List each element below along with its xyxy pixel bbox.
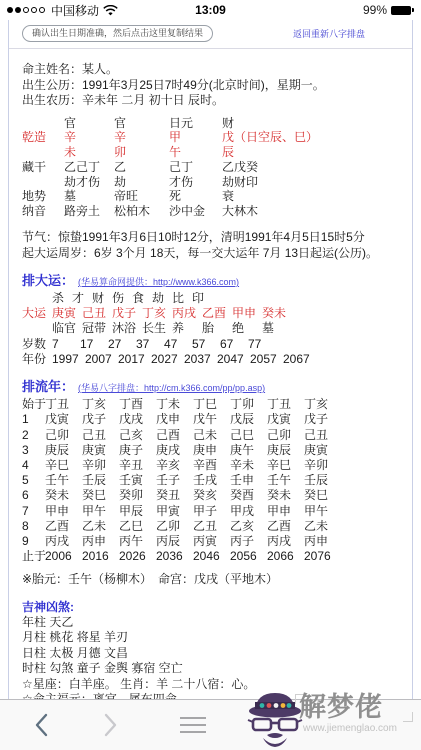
table-cell: 己未 — [193, 428, 230, 443]
table-cell: 丙戌 — [267, 534, 304, 549]
row-label: 年份 — [22, 352, 52, 367]
row-label: 7 — [22, 504, 45, 519]
table-cell: 己丑 — [82, 306, 112, 321]
table-row: 年份19972007201720272037204720572067 — [22, 352, 412, 367]
table-cell: 壬戌 — [193, 473, 230, 488]
row-label — [22, 175, 64, 190]
misc-lines: ☆星座：白羊座。 生肖：羊 二十八宿：心。☆命主福元：离宫，属东四命。 — [22, 677, 412, 700]
table-cell: 2007 — [85, 352, 118, 367]
table-cell: 墓 — [262, 321, 292, 336]
table-cell: 丁亥 — [304, 397, 341, 412]
table-cell: 47 — [164, 337, 192, 352]
row-label — [22, 291, 52, 306]
table-cell: 2037 — [184, 352, 217, 367]
table-cell: 37 — [136, 337, 164, 352]
back-button[interactable] — [34, 713, 48, 737]
taiyuan-line: ※胎元：壬午（杨柳木） 命宫：戊戌（平地木） — [22, 572, 412, 588]
text-line: 时柱 勾煞 童子 金舆 寡宿 空亡 — [22, 661, 412, 677]
table-cell: 印 — [192, 291, 212, 306]
table-cell: 27 — [108, 337, 136, 352]
table-cell: 乙 — [114, 160, 169, 175]
shensha-title: 吉神凶煞: — [22, 599, 412, 615]
row-label: 大运 — [22, 306, 52, 321]
table-cell: 辛 — [64, 130, 114, 145]
table-cell: 丁丑 — [267, 397, 304, 412]
table-cell: 2076 — [304, 549, 341, 564]
table-cell: 甲子 — [193, 504, 230, 519]
dayun-title: 排大运： — [22, 270, 74, 289]
row-label: 9 — [22, 534, 45, 549]
table-cell: 日元 — [169, 116, 222, 131]
table-cell: 伤 — [112, 291, 132, 306]
table-cell: 戊申 — [156, 412, 193, 427]
table-cell: 丁亥 — [142, 306, 172, 321]
row-label — [22, 145, 64, 160]
row-label: 2 — [22, 428, 45, 443]
table-cell: 辛卯 — [304, 458, 341, 473]
table-row: 始于丁丑丁亥丁酉丁未丁巳丁卯丁丑丁亥 — [22, 397, 412, 412]
table-cell: 路旁土 — [64, 204, 114, 219]
table-cell: 乙未 — [304, 519, 341, 534]
table-cell: 辛丑 — [119, 458, 156, 473]
table-cell: 2066 — [267, 549, 304, 564]
table-cell: 墓 — [64, 189, 114, 204]
table-row: 劫才伤劫才伤劫财印 — [22, 175, 412, 190]
table-cell: 戊子 — [304, 412, 341, 427]
table-cell: 庚寅 — [304, 443, 341, 458]
shensha-lines: 年柱 天乙月柱 桃花 将星 羊刃日柱 太极 月德 文昌时柱 勾煞 童子 金舆 寡… — [22, 615, 412, 677]
table-row: 1戊寅戊子戊戌戊申戊午戊辰戊寅戊子 — [22, 412, 412, 427]
table-cell: 壬寅 — [119, 473, 156, 488]
table-cell: 才伤 — [169, 175, 222, 190]
table-cell: 甲申 — [267, 504, 304, 519]
table-cell: 长生 — [142, 321, 172, 336]
table-cell: 丙子 — [230, 534, 267, 549]
table-cell: 癸丑 — [156, 488, 193, 503]
table-cell: 辛亥 — [156, 458, 193, 473]
table-cell: 己丁 — [169, 160, 222, 175]
table-row: 未卯午辰 — [22, 145, 412, 160]
table-cell: 77 — [248, 337, 276, 352]
table-cell: 戊午 — [193, 412, 230, 427]
table-cell: 丙申 — [304, 534, 341, 549]
table-cell: 绝 — [232, 321, 262, 336]
solar-terms-line: 节气：惊蛰1991年3月6日10时12分，清明1991年4月5日15时5分 — [22, 230, 412, 246]
dayun-header: 排大运： (华易算命网提供：http://www.k366.com) — [9, 270, 412, 289]
row-label: 地势 — [22, 189, 64, 204]
table-cell: 甲寅 — [156, 504, 193, 519]
table-cell: 丁巳 — [193, 397, 230, 412]
table-cell: 己巳 — [230, 428, 267, 443]
table-cell: 养 — [172, 321, 202, 336]
shensha-block: 吉神凶煞: 年柱 天乙月柱 桃花 将星 羊刃日柱 太极 月德 文昌时柱 勾煞 童… — [9, 599, 412, 700]
lunar-birth-line: 出生农历：辛未年 二月 初十日 辰时。 — [22, 93, 412, 109]
row-label: 藏干 — [22, 160, 64, 175]
table-cell: 壬申 — [230, 473, 267, 488]
table-row: 地势墓帝旺死衰 — [22, 189, 412, 204]
table-cell: 乙酉 — [45, 519, 82, 534]
dayun-start-line: 起大运周岁：6岁 3个月 18天，每一交大运年 7月 13日起运(公历)。 — [22, 246, 412, 262]
table-cell: 财 — [222, 116, 234, 131]
table-cell: 癸未 — [45, 488, 82, 503]
table-cell: 甲戌 — [230, 504, 267, 519]
table-cell: 癸酉 — [230, 488, 267, 503]
table-row: 7甲申甲午甲辰甲寅甲子甲戌甲申甲午 — [22, 504, 412, 519]
liunian-table: 始于丁丑丁亥丁酉丁未丁巳丁卯丁丑丁亥1戊寅戊子戊戌戊申戊午戊辰戊寅戊子2己卯己丑… — [9, 397, 412, 564]
taiyuan-block: ※胎元：壬午（杨柳木） 命宫：戊戌（平地木） — [9, 572, 412, 588]
table-cell: 乙巳 — [119, 519, 156, 534]
table-row: 5壬午壬辰壬寅壬子壬戌壬申壬午壬辰 — [22, 473, 412, 488]
table-cell: 胎 — [202, 321, 232, 336]
name-line: 命主姓名：某人。 — [22, 62, 412, 78]
page-top-bar: 确认出生日期准确，然后点击这里复制结果 返回重新八字排盘 — [9, 20, 412, 49]
table-cell: 丙申 — [82, 534, 119, 549]
table-cell: 临官 — [52, 321, 82, 336]
table-cell: 松柏木 — [114, 204, 169, 219]
row-label: 乾造 — [22, 130, 64, 145]
forward-button[interactable] — [104, 713, 118, 737]
text-line: 月柱 桃花 将星 羊刃 — [22, 630, 412, 646]
row-label: 1 — [22, 412, 45, 427]
table-cell: 庚戌 — [156, 443, 193, 458]
table-cell: 辛卯 — [82, 458, 119, 473]
browser-toolbar — [0, 699, 421, 750]
row-label: 止于 — [22, 549, 45, 564]
table-cell: 辛巳 — [45, 458, 82, 473]
table-cell: 劫财印 — [222, 175, 258, 190]
table-cell: 7 — [52, 337, 80, 352]
table-cell: 丁亥 — [82, 397, 119, 412]
table-cell: 庚午 — [230, 443, 267, 458]
table-cell: 癸亥 — [193, 488, 230, 503]
table-cell: 才 — [72, 291, 92, 306]
table-cell: 庚申 — [193, 443, 230, 458]
table-cell: 癸未 — [267, 488, 304, 503]
table-cell: 57 — [192, 337, 220, 352]
table-cell: 辛 — [114, 130, 169, 145]
table-row: 3庚辰庚寅庚子庚戌庚申庚午庚辰庚寅 — [22, 443, 412, 458]
table-cell: 壬子 — [156, 473, 193, 488]
row-label: 岁数 — [22, 337, 52, 352]
table-cell: 丙寅 — [193, 534, 230, 549]
table-cell: 2047 — [217, 352, 250, 367]
table-cell: 17 — [80, 337, 108, 352]
table-cell: 丁丑 — [45, 397, 82, 412]
table-cell: 戊子 — [112, 306, 142, 321]
table-cell: 1997 — [52, 352, 85, 367]
row-label — [22, 116, 64, 131]
text-line: 年柱 天乙 — [22, 615, 412, 631]
liunian-title: 排流年： — [22, 376, 74, 395]
table-cell: 辛酉 — [193, 458, 230, 473]
solar-terms-block: 节气：惊蛰1991年3月6日10时12分，清明1991年4月5日15时5分 起大… — [9, 230, 412, 261]
row-label: 3 — [22, 443, 45, 458]
table-cell: 癸巳 — [304, 488, 341, 503]
table-row: 大运庚寅己丑戊子丁亥丙戌乙酉甲申癸未 — [22, 306, 412, 321]
table-cell: 癸巳 — [82, 488, 119, 503]
table-cell: 2046 — [193, 549, 230, 564]
table-cell: 丙午 — [119, 534, 156, 549]
row-label: 始于 — [22, 397, 45, 412]
table-cell: 帝旺 — [114, 189, 169, 204]
table-cell: 戊寅 — [267, 412, 304, 427]
table-cell: 乙未 — [82, 519, 119, 534]
liunian-provider-link[interactable]: (华易八字排盘：http://cm.k366.com/pp/pp.asp) — [78, 381, 265, 394]
table-cell: 2067 — [283, 352, 316, 367]
table-cell: 财 — [92, 291, 112, 306]
table-cell: 乙戊癸 — [222, 160, 258, 175]
table-row: 9丙戌丙申丙午丙辰丙寅丙子丙戌丙申 — [22, 534, 412, 549]
table-row: 岁数717273747576777 — [22, 337, 412, 352]
table-row: 6癸未癸巳癸卯癸丑癸亥癸酉癸未癸巳 — [22, 488, 412, 503]
table-cell: 食 — [132, 291, 152, 306]
table-cell: 劫 — [114, 175, 169, 190]
table-cell: 庚子 — [119, 443, 156, 458]
table-cell: 辰 — [222, 145, 234, 160]
table-cell: 午 — [169, 145, 222, 160]
table-cell: 丙戌 — [172, 306, 202, 321]
table-cell: 劫才伤 — [64, 175, 114, 190]
table-cell: 丁卯 — [230, 397, 267, 412]
four-pillars-table: 官官日元财乾造辛辛甲戊（日空辰、巳）未卯午辰藏干乙己丁乙己丁乙戊癸劫才伤劫才伤劫… — [9, 116, 412, 220]
table-cell: 戊子 — [82, 412, 119, 427]
table-cell: 大林木 — [222, 204, 258, 219]
table-cell: 2006 — [45, 549, 82, 564]
table-cell: 甲申 — [232, 306, 262, 321]
table-cell: 丙辰 — [156, 534, 193, 549]
table-cell: 己酉 — [156, 428, 193, 443]
clock: 13:09 — [0, 3, 421, 17]
table-cell: 死 — [169, 189, 222, 204]
row-label: 8 — [22, 519, 45, 534]
table-cell: 甲辰 — [119, 504, 156, 519]
menu-button[interactable] — [178, 716, 208, 734]
table-cell: 未 — [64, 145, 114, 160]
table-cell: 劫 — [152, 291, 172, 306]
table-cell: 庚辰 — [267, 443, 304, 458]
table-row: 乾造辛辛甲戊（日空辰、巳） — [22, 130, 412, 145]
table-cell: 甲 — [169, 130, 222, 145]
table-cell: 庚辰 — [45, 443, 82, 458]
table-cell: 卯 — [114, 145, 169, 160]
table-cell: 己卯 — [45, 428, 82, 443]
table-cell: 己卯 — [267, 428, 304, 443]
web-content: 确认出生日期准确，然后点击这里复制结果 返回重新八字排盘 命主姓名：某人。 出生… — [8, 20, 413, 700]
table-cell: 壬午 — [45, 473, 82, 488]
table-cell: 辛巳 — [267, 458, 304, 473]
table-cell: 杀 — [52, 291, 72, 306]
table-row: 4辛巳辛卯辛丑辛亥辛酉辛未辛巳辛卯 — [22, 458, 412, 473]
table-cell: 2017 — [118, 352, 151, 367]
table-cell: 乙己丁 — [64, 160, 114, 175]
table-cell: 乙亥 — [230, 519, 267, 534]
table-cell: 己亥 — [119, 428, 156, 443]
battery-percent: 99% — [363, 3, 387, 17]
table-cell: 2027 — [151, 352, 184, 367]
table-row: 杀才财伤食劫比印 — [22, 291, 412, 306]
table-row: 临官冠带沐浴长生养胎绝墓 — [22, 321, 412, 336]
table-row: 止于20062016202620362046205620662076 — [22, 549, 412, 564]
table-cell: 癸未 — [262, 306, 292, 321]
solar-birth-line: 出生公历：1991年3月25日7时49分(北京时间)，星期一。 — [22, 78, 412, 94]
dayun-table: 杀才财伤食劫比印大运庚寅己丑戊子丁亥丙戌乙酉甲申癸未临官冠带沐浴长生养胎绝墓岁数… — [9, 291, 412, 367]
row-label — [22, 321, 52, 336]
table-cell: 2026 — [119, 549, 156, 564]
table-cell: 官 — [64, 116, 114, 131]
row-label: 5 — [22, 473, 45, 488]
table-cell: 甲午 — [304, 504, 341, 519]
confirm-copy-button[interactable]: 确认出生日期准确，然后点击这里复制结果 — [22, 25, 213, 42]
table-row: 纳音路旁土松柏木沙中金大林木 — [22, 204, 412, 219]
table-cell: 沐浴 — [112, 321, 142, 336]
table-cell: 沙中金 — [169, 204, 222, 219]
table-cell: 2016 — [82, 549, 119, 564]
table-cell: 2056 — [230, 549, 267, 564]
table-cell: 戊辰 — [230, 412, 267, 427]
table-cell: 衰 — [222, 189, 234, 204]
status-bar: 13:09 中国移动 99% — [0, 0, 421, 20]
table-cell: 壬辰 — [82, 473, 119, 488]
table-cell: 戊（日空辰、巳） — [222, 130, 318, 145]
profile-block: 命主姓名：某人。 出生公历：1991年3月25日7时49分(北京时间)，星期一。… — [9, 62, 412, 109]
table-row: 藏干乙己丁乙己丁乙戊癸 — [22, 160, 412, 175]
battery-icon — [391, 6, 414, 15]
reset-bazi-link[interactable]: 返回重新八字排盘 — [293, 27, 365, 40]
table-cell: 67 — [220, 337, 248, 352]
table-cell: 2036 — [156, 549, 193, 564]
text-line: ☆星座：白羊座。 生肖：羊 二十八宿：心。 — [22, 677, 412, 693]
table-cell: 己丑 — [82, 428, 119, 443]
table-row: 8乙酉乙未乙巳乙卯乙丑乙亥乙酉乙未 — [22, 519, 412, 534]
row-label: 纳音 — [22, 204, 64, 219]
table-cell: 庚寅 — [82, 443, 119, 458]
table-cell: 癸卯 — [119, 488, 156, 503]
table-cell: 官 — [114, 116, 169, 131]
dayun-provider-link[interactable]: (华易算命网提供：http://www.k366.com) — [78, 275, 239, 288]
table-cell: 丁酉 — [119, 397, 156, 412]
table-cell: 比 — [172, 291, 192, 306]
table-cell: 丁未 — [156, 397, 193, 412]
table-cell: 乙丑 — [193, 519, 230, 534]
table-cell: 乙酉 — [202, 306, 232, 321]
table-cell: 乙酉 — [267, 519, 304, 534]
liunian-header: 排流年： (华易八字排盘：http://cm.k366.com/pp/pp.as… — [9, 376, 412, 395]
table-cell: 冠带 — [82, 321, 112, 336]
row-label: 6 — [22, 488, 45, 503]
text-line: 日柱 太极 月德 文昌 — [22, 646, 412, 662]
table-cell: 2057 — [250, 352, 283, 367]
table-cell: 庚寅 — [52, 306, 82, 321]
table-cell: 甲午 — [82, 504, 119, 519]
table-cell: 戊戌 — [119, 412, 156, 427]
table-cell: 辛未 — [230, 458, 267, 473]
table-row: 官官日元财 — [22, 116, 412, 131]
row-label: 4 — [22, 458, 45, 473]
table-cell: 丙戌 — [45, 534, 82, 549]
table-cell: 乙卯 — [156, 519, 193, 534]
table-cell: 戊寅 — [45, 412, 82, 427]
table-cell: 壬辰 — [304, 473, 341, 488]
table-cell: 己丑 — [304, 428, 341, 443]
table-cell: 甲申 — [45, 504, 82, 519]
table-row: 2己卯己丑己亥己酉己未己巳己卯己丑 — [22, 428, 412, 443]
table-cell: 壬午 — [267, 473, 304, 488]
